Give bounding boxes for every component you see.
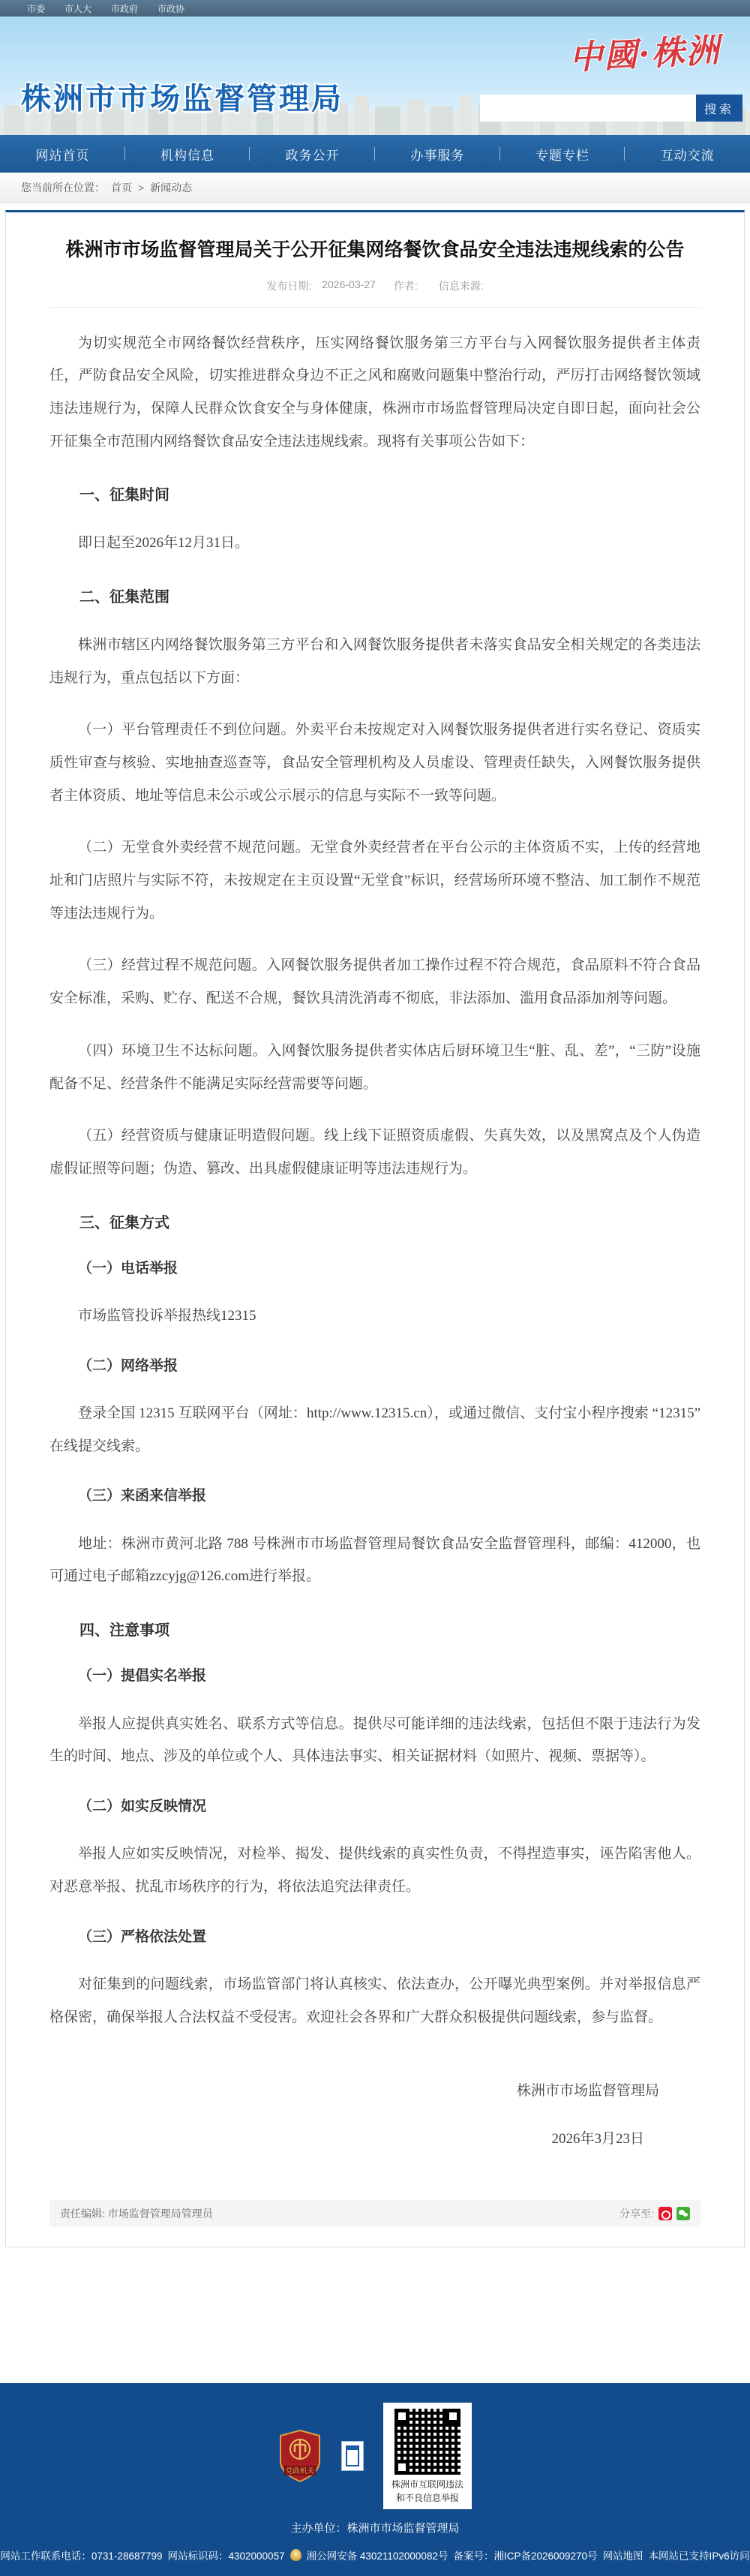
paragraph: （一）平台管理责任不到位问题。外卖平台未按规定对入网餐饮服务提供者进行实名登记、… (49, 714, 700, 812)
paragraph: （二）无堂食外卖经营不规范问题。无堂食外卖经营者在平台公示的主体资质不实，上传的… (49, 831, 700, 930)
page: 市委市人大市政府市政协 株洲市市场监督管理局 中國·株洲 搜索 (0, 0, 750, 2576)
nav-item-6[interactable]: 互动交流 (625, 135, 750, 173)
paragraph: 为切实规范全市网络餐饮经营秩序，压实网络餐饮服务第三方平台与入网餐饮服务提供者主… (49, 327, 700, 458)
nav-item-4[interactable]: 办事服务 (375, 135, 500, 173)
search-input[interactable] (480, 95, 696, 122)
sub-heading: （一）电话举报 (49, 1258, 700, 1280)
share-label: 分享至: (619, 2206, 654, 2221)
paragraph: （四）环境卫生不达标问题。入网餐饮服务提供者实体店后厨环境卫生“脏、乱、差”，“… (49, 1035, 700, 1100)
weibo-share-icon[interactable] (658, 2207, 672, 2220)
signature-date: 2026年3月23日 (49, 2124, 700, 2155)
gongan-badge-icon (290, 2549, 301, 2561)
section-heading: 一、征集时间 (49, 483, 700, 507)
article-body: 为切实规范全市网络餐饮经营秩序，压实网络餐饮服务第三方平台与入网餐饮服务提供者主… (49, 327, 700, 2034)
nav-item-3[interactable]: 政务公开 (250, 135, 375, 173)
site-header: 株洲市市场监督管理局 中國·株洲 搜索 (0, 17, 750, 135)
breadcrumb-prefix: 您当前所在位置： (21, 180, 105, 195)
nav-item-5[interactable]: 专题专栏 (500, 135, 625, 173)
editor-name: 市场监督管理局管理员 (108, 2208, 213, 2220)
paragraph: 对征集到的问题线索，市场监管部门将认真核实、依法查办，公开曝光典型案例。并对举报… (49, 1968, 700, 2033)
topbar-link-4[interactable]: 市政协 (157, 2, 184, 15)
site-identification-icon[interactable] (341, 2441, 364, 2471)
site-title: 株洲市市场监督管理局 (21, 75, 343, 118)
search-bar: 搜索 (480, 95, 742, 122)
breadcrumb-link-1[interactable]: 首页 (111, 182, 132, 194)
signature-org: 株洲市市场监督管理局 (49, 2076, 700, 2107)
paragraph: 即日起至2026年12月31日。 (49, 527, 700, 560)
icp-beian-link[interactable]: 备案号：湘ICP备2026009270号 (453, 2547, 597, 2562)
breadcrumb-link-2[interactable]: 新闻动态 (150, 182, 192, 194)
sub-heading: （三）严格依法处置 (49, 1926, 700, 1949)
breadcrumb-separator: > (138, 182, 144, 194)
author-label: 作者: (394, 278, 418, 293)
paragraph: 地址：株洲市黄河北路 788 号株洲市市场监督管理局餐饮食品安全监督管理科，邮编… (49, 1528, 700, 1593)
sub-heading: （二）如实反映情况 (49, 1796, 700, 1818)
editor-info: 责任编辑: 市场监督管理局管理员 (60, 2206, 213, 2221)
site-footer: 党政机关 株洲市互联网违法 和不良信息举报 主办单位：株洲市市场监督管理局 网站… (0, 2383, 750, 2576)
article-container: 株洲市市场监督管理局关于公开征集网络餐饮食品安全违法违规线索的公告 发布日期: … (5, 210, 745, 2247)
source-label: 信息来源: (439, 278, 484, 293)
sub-heading: （一）提倡实名举报 (49, 1665, 700, 1688)
gongan-beian-link[interactable]: 湘公网安备 43021102000082号 (307, 2547, 448, 2562)
report-qr-card: 株洲市互联网违法 和不良信息举报 (383, 2403, 472, 2509)
nav-item-2[interactable]: 机构信息 (125, 135, 250, 173)
search-button[interactable]: 搜索 (696, 95, 742, 122)
paragraph: 株洲市辖区内网络餐饮服务第三方平台和入网餐饮服务提供者未落实食品安全相关规定的各… (49, 629, 700, 694)
publish-date-label: 发布日期: (266, 278, 311, 293)
paragraph: 举报人应提供真实姓名、联系方式等信息。提供尽可能详细的违法线索，包括但不限于违法… (49, 1708, 700, 1773)
sub-heading: （二）网络举报 (49, 1355, 700, 1378)
qr-caption: 株洲市互联网违法 和不良信息举报 (388, 2478, 467, 2505)
main-nav: 网站首页机构信息政务公开办事服务专题专栏互动交流 (0, 135, 750, 173)
qr-code-image (394, 2409, 460, 2475)
breadcrumb: 您当前所在位置： 首页>新闻动态 (0, 173, 750, 203)
gov-badge-label: 党政机关 (286, 2466, 315, 2475)
china-zhuzhou-logo[interactable]: 中國·株洲 (568, 23, 721, 79)
site-code: 网站标识码：4302000057 (168, 2547, 285, 2562)
section-heading: 四、注意事项 (49, 1619, 700, 1643)
nav-item-1[interactable]: 网站首页 (0, 135, 125, 173)
breadcrumb-links: 首页>新闻动态 (111, 180, 192, 195)
organizer-line: 主办单位：株洲市市场监督管理局 (0, 2520, 750, 2535)
paragraph: 市场监管投诉举报热线12315 (49, 1300, 700, 1333)
paragraph: 登录全国 12315 互联网平台（网址：http://www.12315.cn）… (49, 1397, 700, 1462)
wechat-share-icon[interactable] (676, 2207, 690, 2220)
paragraph: 举报人应如实反映情况，对检举、揭发、提供线索的真实性负责，不得捏造事实，诬告陷害… (49, 1838, 700, 1903)
topbar: 市委市人大市政府市政协 (0, 0, 750, 17)
paragraph: （三）经营过程不规范问题。入网餐饮服务提供者加工操作过程不符合规范，食品原料不符… (49, 949, 700, 1014)
editor-label: 责任编辑: (60, 2208, 105, 2220)
contact-phone: 网站工作联系电话：0731-28687799 (0, 2547, 162, 2562)
article-title: 株洲市市场监督管理局关于公开征集网络餐饮食品安全违法违规线索的公告 (49, 236, 700, 265)
ipv6-note: 本网站已支持IPv6访问 (649, 2547, 750, 2562)
topbar-link-1[interactable]: 市委 (27, 2, 45, 15)
sitemap-link[interactable]: 网站地图 (603, 2547, 643, 2562)
footer-contact-line: 网站工作联系电话：0731-28687799 网站标识码：4302000057 … (0, 2547, 750, 2562)
sub-heading: （三）来函来信举报 (49, 1485, 700, 1507)
section-heading: 二、征集范围 (49, 585, 700, 609)
party-government-badge-icon[interactable]: 党政机关 (278, 2430, 322, 2482)
topbar-link-3[interactable]: 市政府 (111, 2, 138, 15)
editor-bar: 责任编辑: 市场监督管理局管理员 分享至: (49, 2200, 700, 2227)
topbar-link-2[interactable]: 市人大 (64, 2, 91, 15)
share-block: 分享至: (619, 2206, 690, 2221)
publish-date: 2026-03-27 (322, 278, 376, 293)
article-meta: 发布日期: 2026-03-27 作者: 信息来源: (49, 278, 700, 308)
paragraph: （五）经营资质与健康证明造假问题。线上线下证照资质虚假、失真失效，以及黑窝点及个… (49, 1120, 700, 1185)
footer-certifications: 党政机关 株洲市互联网违法 和不良信息举报 (0, 2403, 750, 2509)
signature-block: 株洲市市场监督管理局 2026年3月23日 (49, 2076, 700, 2155)
section-heading: 三、征集方式 (49, 1211, 700, 1235)
